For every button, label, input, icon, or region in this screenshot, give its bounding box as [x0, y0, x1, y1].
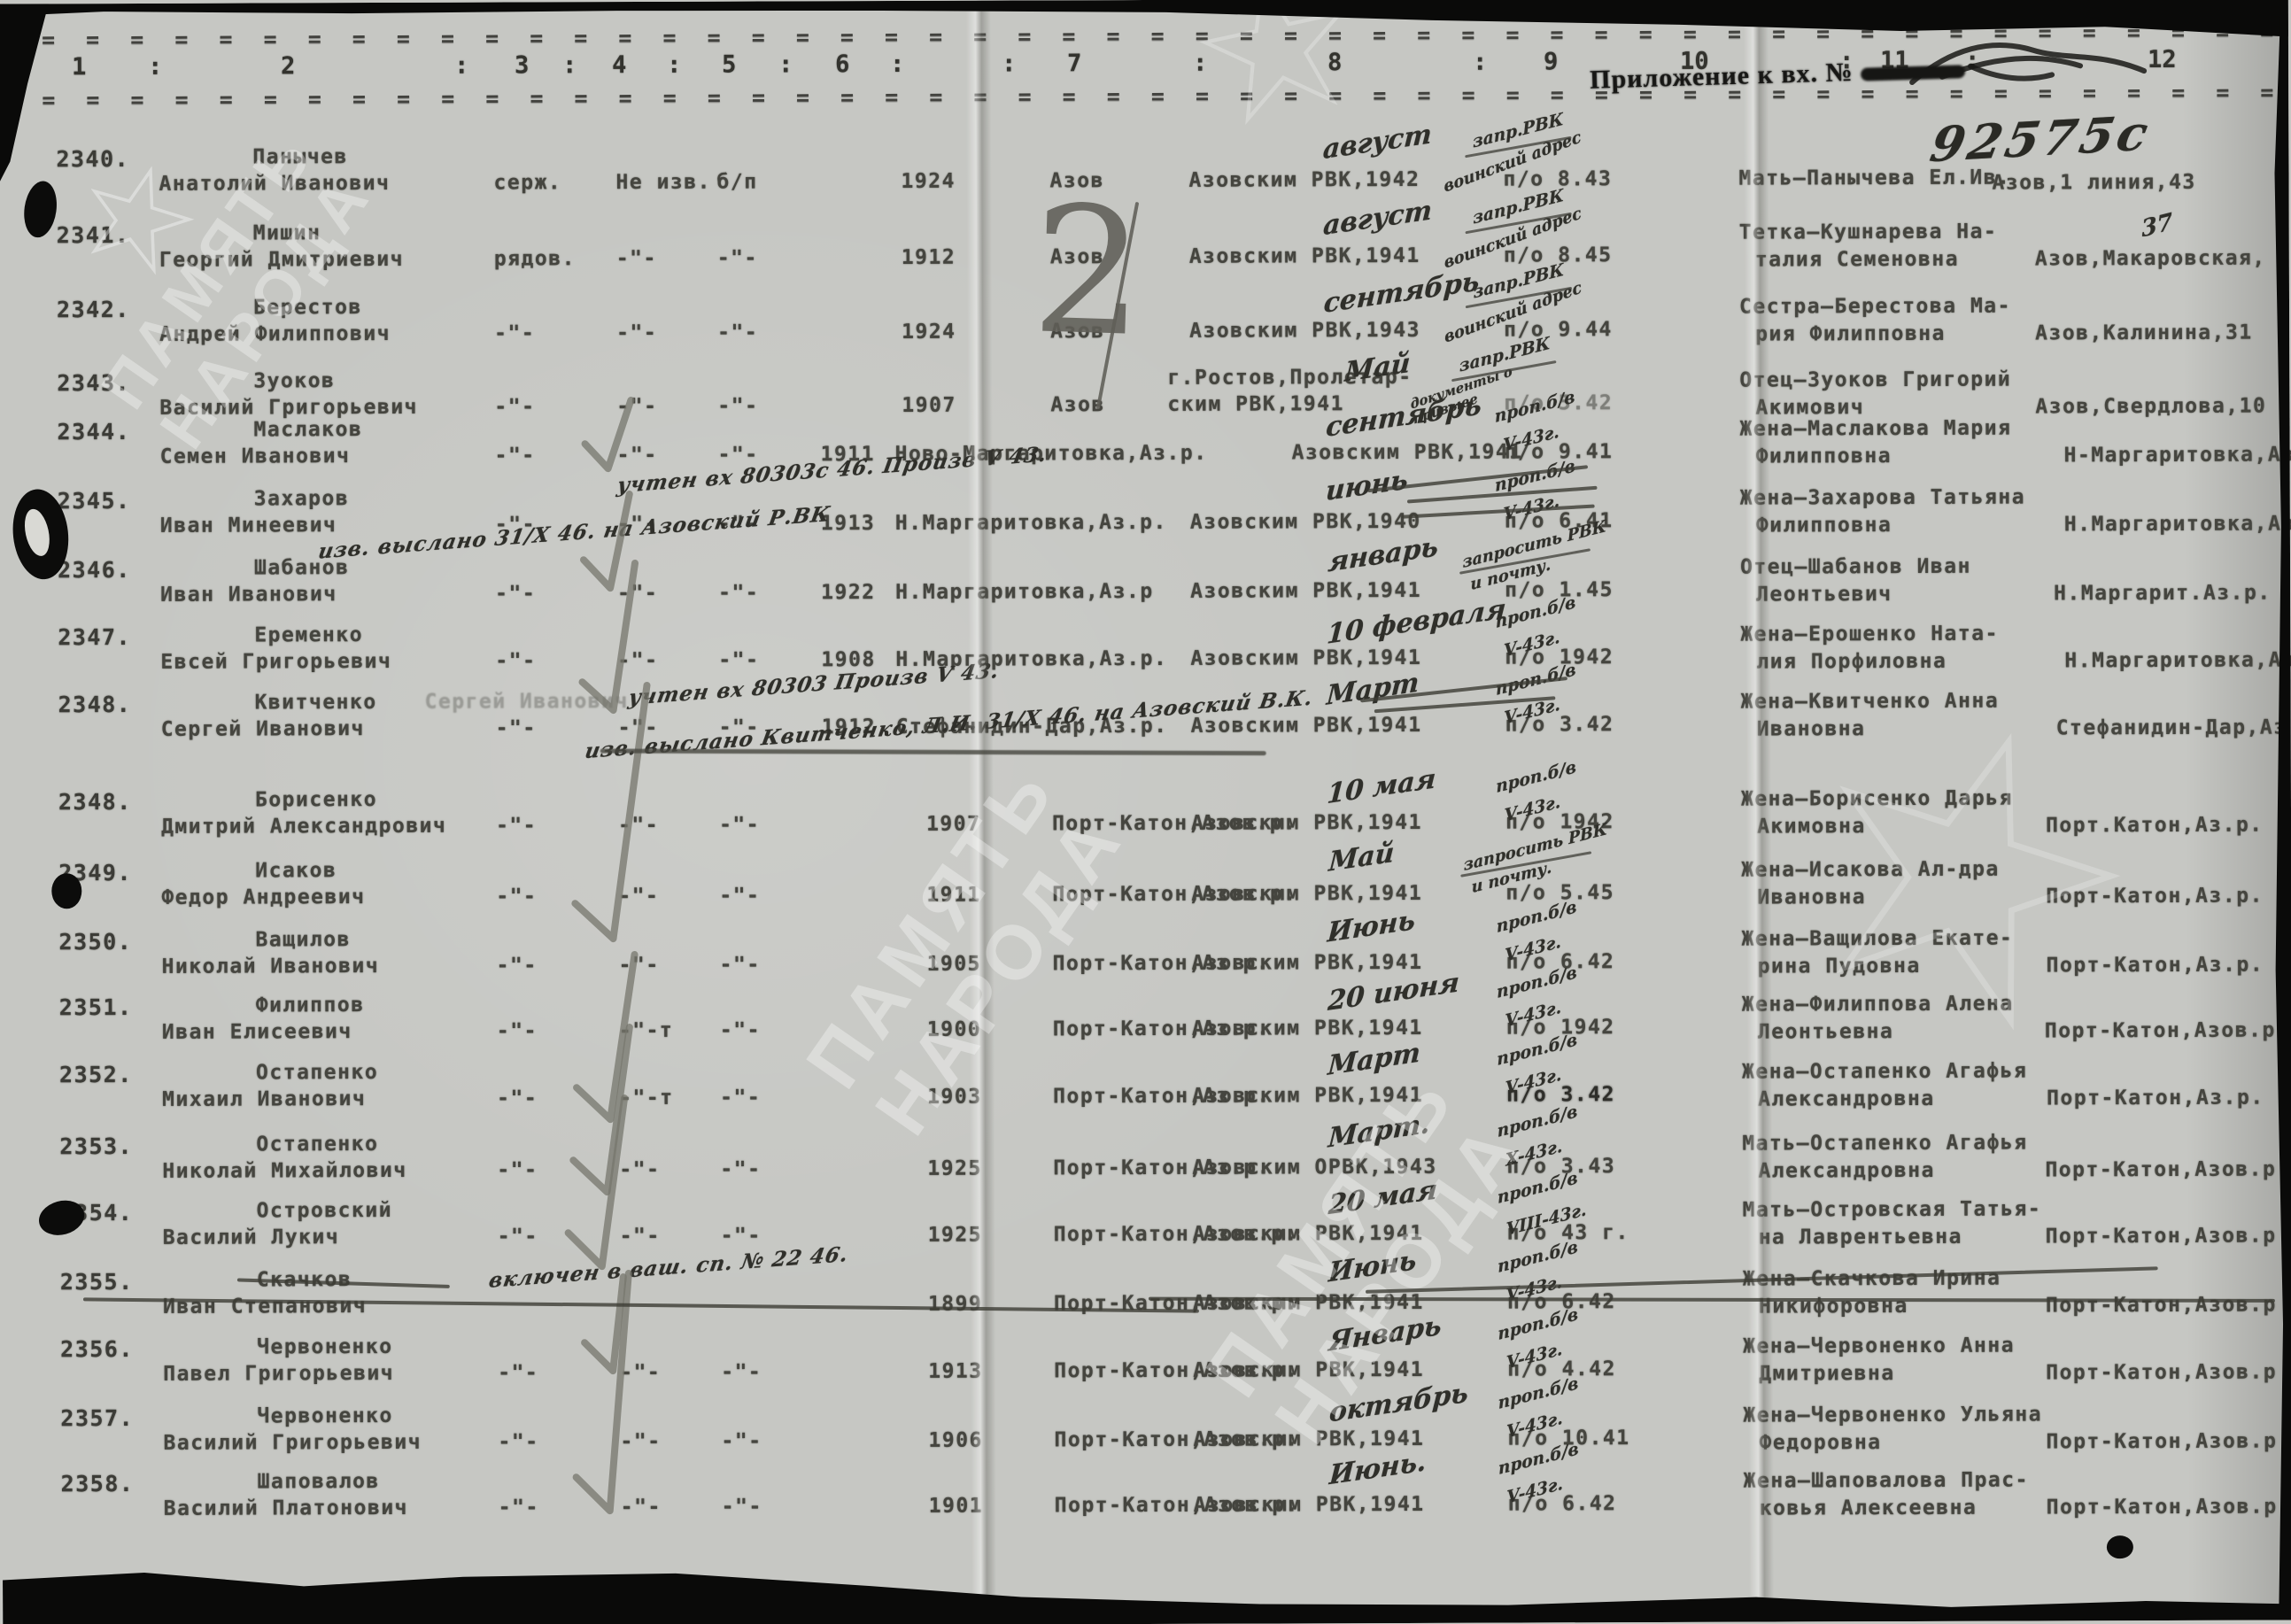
row-2349-10-address: Порт-Катон,Аз.р. [2046, 885, 2264, 909]
pencil-page-number: 2 [1030, 182, 1147, 361]
row-2348-8-rank: -"- [496, 717, 537, 739]
column-separator: : [890, 52, 904, 76]
checkmark-pencil [584, 1277, 623, 1371]
row-2343-3-party-ditto: -"- [717, 396, 758, 418]
row-2357-18-rank: -"- [498, 1431, 538, 1453]
row-2353-14-relative-2: Александровна [1758, 1160, 1935, 1183]
row-2342-2-surname: Берестов [253, 297, 362, 320]
row-2340-0-birth-year: 1924 [901, 171, 955, 194]
row-2349-10-party-ditto: -"- [719, 885, 760, 908]
received-number-handwritten: 92575с [1926, 104, 2156, 174]
row-2355-16-address: Порт-Катон,Азов.р [2046, 1295, 2277, 1318]
row-2344-4-relative: Жена—Маслакова Мария [1739, 418, 2011, 441]
row-2354-15-hand-month: 20 мая [1327, 1174, 1438, 1221]
row-2348-9-address: Порт.Катон,Аз.р. [2046, 815, 2264, 838]
row-2356-17-rank: -"- [498, 1362, 538, 1384]
column-number-2: 2 [281, 54, 295, 78]
row-2358-19-relative: Жена—Шаповалова Прас- [1744, 1470, 2029, 1493]
row-2348-8-number: 2348. [58, 692, 132, 717]
row-2356-17-relative: Жена—Червоненко Анна [1743, 1335, 2015, 1358]
row-2341-1-hand-month: август [1322, 195, 1433, 242]
row-2340-0-surname: Панычев [252, 146, 348, 169]
column-separator: : [148, 55, 162, 79]
row-2345-5-address: Н.Маргаритовка,Аз [2064, 513, 2291, 536]
row-2343-3-relative-2: Акимович [1755, 397, 1864, 420]
row-2348-9-fate-ditto: -"- [618, 815, 659, 837]
row-2351-12-given-name: Иван Елисеевич [162, 1021, 352, 1044]
row-2341-1-number: 2341. [57, 223, 130, 248]
row-2347-7-fate-ditto: -"- [617, 650, 658, 672]
row-2346-6-drafted-by: Азовским РВК,1941 [1190, 580, 1421, 603]
row-2350-11-birth-year: 1905 [927, 954, 981, 977]
row-2345-5-birthplace: Н.Маргаритовка,Аз.р. [895, 512, 1167, 535]
row-2344-4-relative-2: Филипповна [1756, 445, 1892, 468]
row-2342-2-given-name: Андрей Филиппович [159, 323, 391, 346]
row-2351-12-rank: -"- [497, 1020, 538, 1042]
row-2357-18-surname: Червоненко [257, 1405, 393, 1428]
row-2350-11-hand-month: Июнь [1327, 905, 1416, 949]
row-2347-7-drafted-by: Азовским РВК,1941 [1190, 647, 1421, 670]
row-2348-9-rank: -"- [496, 815, 537, 837]
row-2348-8-relative: Жена—Квитченко Анна [1741, 691, 2000, 714]
row-2356-17-fate-ditto: -"- [620, 1362, 661, 1384]
row-2356-17-surname: Червоненко [257, 1336, 393, 1359]
row-2344-4-address: Н-Маргаритовка,Аз [2064, 444, 2291, 467]
row-2354-15-fate-ditto: -"- [620, 1226, 661, 1248]
row-2342-2-birth-year: 1924 [902, 321, 956, 344]
row-2352-13-fate-ditto: -"-т [619, 1087, 673, 1110]
row-2348-9-surname: Борисенко [255, 789, 377, 812]
watermark-text: ПАМЯТЬ [793, 751, 1071, 1102]
row-2354-15-rank: -"- [498, 1226, 538, 1248]
row-2358-19-number: 2358. [61, 1472, 135, 1496]
row-2345-5-surname: Захаров [254, 488, 350, 511]
row-2353-14-surname: Остапенко [256, 1133, 378, 1156]
row-2341-1-party-ditto: -"- [717, 248, 758, 270]
row-2347-7-relative-2: лия Порфиловна [1756, 651, 1947, 674]
ruled-line-bottom: = = = = = = = = = = = = = = = = = = = = … [0, 81, 2288, 111]
row-2358-19-hand-month: Июнь. [1328, 1446, 1428, 1491]
row-2342-2-rank: -"- [494, 322, 535, 344]
row-2357-18-given-name: Василий Григорьевич [163, 1432, 422, 1455]
row-2353-14-hand-note: проп.б/в [1497, 1102, 1578, 1141]
row-2348-8-given-name: Сергей Иванович [161, 718, 365, 741]
row-2342-2-relative-2: рия Филипповна [1755, 323, 1946, 346]
row-2346-6-number: 2346. [58, 558, 131, 583]
row-2352-13-drafted-by: Азовским РВК,1941 [1192, 1085, 1423, 1108]
row-2356-17-party-ditto: -"- [721, 1362, 762, 1384]
row-2348-8-address: Стефанидин-Дар,Аз [2056, 716, 2287, 739]
ink-blot [2107, 1535, 2133, 1558]
row-2344-4-given-name: Семен Иванович [160, 445, 351, 468]
row-2351-12-fate-ditto: -"-т [619, 1020, 673, 1043]
row-2350-11-given-name: Николай Иванович [162, 955, 380, 978]
row-2346-6-relative: Отец—Шабанов Иван [1740, 556, 1971, 579]
row-2348-9-number: 2348. [58, 790, 132, 815]
row-2358-19-relative-2: ковья Алексеевна [1760, 1497, 1978, 1520]
row-2346-6-rank: -"- [495, 583, 536, 605]
row-2348-9-relative: Жена—Борисенко Дарья [1741, 788, 2013, 811]
row-2357-18-party-ditto: -"- [721, 1431, 762, 1453]
row-2348-9-hand-note: проп.б/в [1495, 757, 1576, 797]
row-2354-15-birth-year: 1925 [928, 1225, 982, 1248]
row-2340-0-given-name: Анатолий Иванович [159, 173, 390, 196]
row-2358-19-rank: -"- [499, 1496, 539, 1519]
row-2358-19-drafted-by: Азовским РВК,1941 [1194, 1494, 1425, 1517]
row-2346-6-hand-month: январь [1327, 531, 1439, 579]
row-2346-6-given-name: Иван Иванович [160, 584, 337, 607]
row-2354-15-relative-2: на Лаврентьевна [1759, 1226, 1962, 1249]
row-2340-0-address: Азов,1 линия,43 [1992, 172, 2195, 195]
row-2346-6-fate-ditto: -"- [617, 583, 658, 605]
row-2341-1-birth-year: 1912 [902, 247, 956, 270]
row-2353-14-number: 2353. [59, 1134, 133, 1159]
row-2347-7-party-ditto: -"- [718, 650, 759, 672]
row-2345-5-given-name: Иван Минеевич [160, 514, 337, 537]
row-2352-13-number: 2352. [59, 1063, 133, 1087]
column-separator: : [667, 53, 681, 77]
row-2350-11-drafted-by: Азовским РВК,1941 [1192, 952, 1423, 975]
column-number-4: 4 [612, 53, 626, 77]
column-separator: : [562, 53, 577, 77]
row-2356-17-drafted-by: Азовским РВК,1941 [1193, 1359, 1424, 1382]
row-2358-19-surname: Шаповалов [258, 1471, 380, 1494]
row-2356-17-birth-year: 1913 [928, 1361, 982, 1384]
row-2349-10-rank: -"- [496, 885, 537, 908]
row-2357-18-number: 2357. [60, 1406, 134, 1431]
row-2348-9-birth-year: 1907 [926, 814, 980, 837]
row-2343-3-given-name: Василий Григорьевич [159, 397, 418, 420]
row-2353-14-birth-year: 1925 [927, 1158, 981, 1181]
row-2357-18-relative: Жена—Червоненко Ульяна [1743, 1404, 2042, 1427]
row-2346-6-surname: Шабанов [254, 557, 350, 580]
row-2354-15-surname: Островский [257, 1200, 393, 1223]
row-2353-14-fate-ditto: -"- [619, 1159, 660, 1181]
row-2354-15-given-name: Василий Лукич [163, 1226, 340, 1249]
row-2351-12-address: Порт-Катон,Азов.р [2045, 1020, 2276, 1043]
row-2351-12-hand-month: 20 июня [1327, 967, 1460, 1017]
paper-hole [20, 179, 59, 239]
column-separator: : [1193, 51, 1207, 75]
row-2349-10-fate-ditto: -"- [618, 885, 659, 908]
row-2343-3-drafted-by-2: ским РВК,1941 [1167, 393, 1344, 416]
row-2353-14-relative: Мать—Остапенко Агафья [1742, 1133, 2027, 1156]
paper-sheet: = = = = = = = = = = = = = = = = = = = = … [0, 0, 2291, 1624]
row-2349-10-surname: Исаков [255, 860, 337, 883]
row-2343-3-fate-ditto: -"- [616, 396, 657, 418]
row-2350-11-relative-2: рина Пудовна [1758, 955, 1921, 978]
row-2342-2-relative: Сестра—Берестова Ма- [1739, 296, 2011, 319]
row-2354-15-relative: Мать—Островская Татья- [1743, 1198, 2042, 1221]
row-2341-1-address: Азов,Макаровская, [2035, 248, 2266, 271]
row-2353-14-address: Порт-Катон,Азов.р [2045, 1159, 2276, 1182]
row-2344-4-drafted-by: Азовским РВК,1941 [1292, 442, 1523, 465]
row-2347-7-surname: Еременко [254, 624, 363, 647]
row-2354-15-address: Порт-Катон,Азов.р [2046, 1226, 2277, 1249]
row-2350-11-rank: -"- [497, 955, 538, 977]
row-2341-1-relative: Тетка—Кушнарева На- [1739, 221, 1998, 244]
row-2349-10-drafted-by: Азовским РВК,1941 [1191, 883, 1422, 906]
row-2358-19-fate-ditto: -"- [621, 1496, 662, 1519]
row-2349-10-relative-2: Ивановна [1757, 886, 1866, 909]
column-number-8: 8 [1327, 50, 1342, 74]
row-2358-19-address: Порт-Катон,Азов.р [2047, 1496, 2278, 1520]
row-2352-13-relative-2: Александровна [1758, 1088, 1935, 1111]
row-2348-9-party-ditto: -"- [719, 815, 760, 837]
row-2349-10-birth-year: 1911 [926, 885, 980, 908]
row-2346-6-birth-year: 1922 [821, 582, 875, 605]
row-2355-16-number: 2355. [60, 1270, 134, 1295]
row-2353-14-given-name: Николай Михайлович [162, 1160, 406, 1183]
row-2347-7-address: Н.Маргаритовка,Аз [2064, 649, 2291, 672]
column-separator: : [1002, 52, 1016, 76]
row-2343-3-surname: Зуоков [253, 370, 335, 393]
row-2352-13-party-ditto: -"- [720, 1087, 761, 1110]
row-2356-17-given-name: Павел Григорьевич [163, 1363, 394, 1386]
row-2356-17-address: Порт-Катон,Азов.р [2046, 1362, 2277, 1385]
row-2345-5-relative: Жена—Захарова Татьяна [1740, 487, 2025, 510]
row-2355-16-hand-included-note: включен в ваш. сп. № 22 46. [487, 1242, 850, 1293]
row-2343-3-number: 2343. [57, 371, 130, 396]
row-2357-18-relative-2: Федоровна [1759, 1432, 1881, 1455]
row-2350-11-fate-ditto: -"- [619, 955, 660, 977]
row-2356-17-hand-month: Январь [1328, 1311, 1443, 1358]
row-2355-16-hand-month: Июнь [1327, 1245, 1417, 1289]
row-2348-8-drafted-by: Азовским РВК,1941 [1191, 715, 1422, 738]
row-2341-1-surname: Мишин [253, 222, 321, 245]
row-2348-9-given-name: Дмитрий Александрович [161, 816, 446, 839]
row-2340-0-party-ditto: б/п [716, 172, 757, 194]
paper-hole [51, 873, 81, 909]
column-number-1: 1 [72, 55, 86, 79]
row-2341-1-address-hand-number: 37 [2140, 208, 2173, 243]
row-2341-1-drafted-by: Азовским РВК,1941 [1189, 245, 1420, 268]
row-2340-0-number: 2340. [56, 147, 129, 172]
row-2347-7-relative: Жена—Ерошенко Ната- [1740, 623, 1999, 646]
row-2344-4-hand-month: сентябрь [1325, 390, 1482, 444]
row-2358-19-party-ditto: -"- [722, 1496, 762, 1519]
row-2358-19-given-name: Василий Платонович [164, 1497, 408, 1520]
row-2352-13-hand-month: Март [1327, 1037, 1421, 1082]
checkmark-pencil [576, 1273, 630, 1511]
checkmark-pencil [568, 1098, 625, 1266]
row-2354-15-party-ditto: -"- [721, 1226, 762, 1248]
row-2340-0-rank: серж. [493, 172, 561, 195]
row-2342-2-hand-month: сентябрь [1323, 266, 1481, 320]
stamp-ink-smear [1860, 65, 1964, 81]
row-2343-3-address: Азов,Свердлова,10 [2035, 396, 2266, 419]
row-2342-2-last-letter-date: п/о 9.44 [1504, 319, 1613, 342]
row-2350-11-number: 2350. [58, 930, 132, 955]
row-2352-13-relative: Жена—Остапенко Агафья [1742, 1061, 2027, 1084]
row-2348-8-ghost-name: Сергей Иванович [425, 691, 629, 714]
row-2350-11-surname: Ващилов [255, 929, 351, 952]
row-2350-11-party-ditto: -"- [720, 955, 761, 977]
row-2351-12-surname: Филиппов [256, 994, 365, 1017]
row-2351-12-relative-2: Леонтьевна [1758, 1021, 1894, 1044]
row-2341-1-given-name: Георгий Дмитриевич [159, 249, 404, 272]
row-2343-3-birth-year: 1907 [902, 395, 956, 418]
column-number-3: 3 [515, 53, 529, 77]
row-2356-17-relative-2: Дмитриевна [1759, 1363, 1895, 1386]
row-2347-7-number: 2347. [58, 625, 131, 650]
row-2353-14-party-ditto: -"- [720, 1159, 761, 1181]
row-2347-7-rank: -"- [495, 650, 536, 672]
row-2351-12-party-ditto: -"- [720, 1020, 761, 1042]
column-number-7: 7 [1067, 51, 1081, 75]
row-2345-5-number: 2345. [58, 489, 131, 514]
column-number-9: 9 [1544, 50, 1558, 73]
row-2351-12-relative: Жена—Филиппова Алена [1742, 994, 2014, 1017]
row-2350-11-relative: Жена—Ващилова Екате- [1741, 928, 2013, 951]
row-2348-8-hand-registration: учтен вх 80303 Произв V 43. [627, 659, 1002, 710]
row-2348-8-hand-month: Март [1326, 667, 1420, 712]
row-2342-2-fate-ditto: -"- [616, 322, 657, 344]
row-2351-12-number: 2351. [59, 995, 133, 1020]
row-2354-15-drafted-by: Азовским РВК,1941 [1193, 1223, 1424, 1246]
column-number-5: 5 [722, 53, 736, 77]
row-2346-6-birthplace: Н.Маргаритовка,Аз.р [895, 581, 1154, 604]
row-2348-9-drafted-by: Азовским РВК,1941 [1191, 812, 1422, 835]
row-2349-10-given-name: Федор Андреевич [161, 886, 365, 909]
row-2357-18-hand-month: октябрь [1328, 1377, 1469, 1428]
row-2340-0-fate-ditto: Не изв. [615, 172, 711, 195]
column-number-6: 6 [835, 52, 849, 76]
row-2352-13-given-name: Михаил Иванович [162, 1088, 366, 1111]
row-2356-17-number: 2356. [60, 1337, 134, 1362]
row-2342-2-address: Азов,Калинина,31 [2035, 322, 2253, 345]
row-2357-18-birth-year: 1906 [928, 1430, 982, 1453]
row-2344-4-rank: -"- [495, 445, 536, 467]
row-2352-13-address: Порт-Катон,Аз.р. [2047, 1087, 2264, 1110]
column-number-12: 12 [2148, 48, 2177, 72]
row-2341-1-relative-2: талия Семеновна [1755, 249, 1959, 272]
ruled-line-top: = = = = = = = = = = = = = = = = = = = = … [0, 20, 2288, 50]
row-2347-7-given-name: Евсей Григорьевич [160, 651, 391, 674]
row-2343-3-rank: -"- [494, 396, 535, 418]
column-separator: : [1965, 49, 1979, 73]
row-2355-16-birth-year: 1899 [928, 1294, 982, 1317]
row-2352-13-birth-year: 1903 [927, 1087, 981, 1110]
ink-scrawl [1970, 66, 2052, 78]
scanned-document-page: = = = = = = = = = = = = = = = = = = = = … [0, 0, 2291, 1624]
row-2349-10-relative: Жена—Исакова Ал-дра [1741, 859, 2000, 882]
row-2351-12-drafted-by: Азовским РВК,1941 [1192, 1017, 1423, 1040]
row-2341-1-rank: рядов. [494, 248, 576, 271]
column-separator: : [778, 52, 793, 76]
row-2348-9-relative-2: Акимовна [1757, 816, 1866, 839]
row-2346-6-relative-2: Леонтьевич [1756, 584, 1892, 607]
row-2357-18-address: Порт-Катон,Азов.р [2046, 1431, 2277, 1454]
column-separator: : [454, 54, 468, 78]
row-2355-16-drafted-by: Азовским РВК,1941 [1193, 1292, 1424, 1315]
row-2344-4-surname: Маслаков [253, 419, 362, 442]
row-2357-18-drafted-by: Азовским РВК,1941 [1193, 1428, 1424, 1451]
row-2348-8-surname: Квитченко [255, 692, 377, 715]
row-2349-10-hand-month: Май [1327, 837, 1395, 878]
row-2343-3-relative: Отец—Зуоков Григорий [1739, 369, 2011, 392]
torn-edge-bottom [3, 1565, 2291, 1624]
row-2358-19-birth-year: 1901 [929, 1496, 983, 1519]
row-2342-2-party-ditto: -"- [717, 322, 758, 344]
row-2346-6-address: Н.Маргарит.Аз.р. [2054, 583, 2272, 606]
row-2345-5-relative-2: Филипповна [1756, 514, 1892, 537]
row-2344-4-fate-ditto: -"- [617, 445, 658, 467]
column-separator: : [1473, 50, 1487, 74]
row-2353-14-drafted-by: Азовским ОРВК,1943 [1192, 1156, 1436, 1179]
row-2350-11-address: Порт-Катон,Аз.р. [2047, 955, 2264, 978]
row-2352-13-surname: Остапенко [256, 1062, 378, 1085]
row-2341-1-fate-ditto: -"- [616, 248, 657, 270]
row-2351-12-birth-year: 1900 [927, 1019, 981, 1042]
row-2344-4-number: 2344. [57, 420, 130, 445]
row-2345-5-drafted-by: Азовским РВК,1940 [1190, 511, 1421, 534]
row-2348-8-relative-2: Ивановна [1757, 718, 1866, 741]
row-2348-9-hand-month: 10 мая [1326, 763, 1436, 810]
row-2352-13-rank: -"- [497, 1087, 538, 1110]
row-2340-0-hand-month: август [1322, 119, 1433, 166]
row-2357-18-fate-ditto: -"- [620, 1431, 661, 1453]
row-2340-0-drafted-by: Азовским РВК,1942 [1188, 169, 1420, 192]
row-2342-2-drafted-by: Азовским РВК,1943 [1189, 320, 1420, 343]
row-2353-14-hand-month: Март. [1327, 1108, 1431, 1154]
row-2346-6-party-ditto: -"- [718, 583, 759, 605]
top-perforation-line [440, 0, 2288, 10]
row-2342-2-number: 2342. [57, 298, 130, 322]
row-2353-14-rank: -"- [497, 1159, 538, 1181]
